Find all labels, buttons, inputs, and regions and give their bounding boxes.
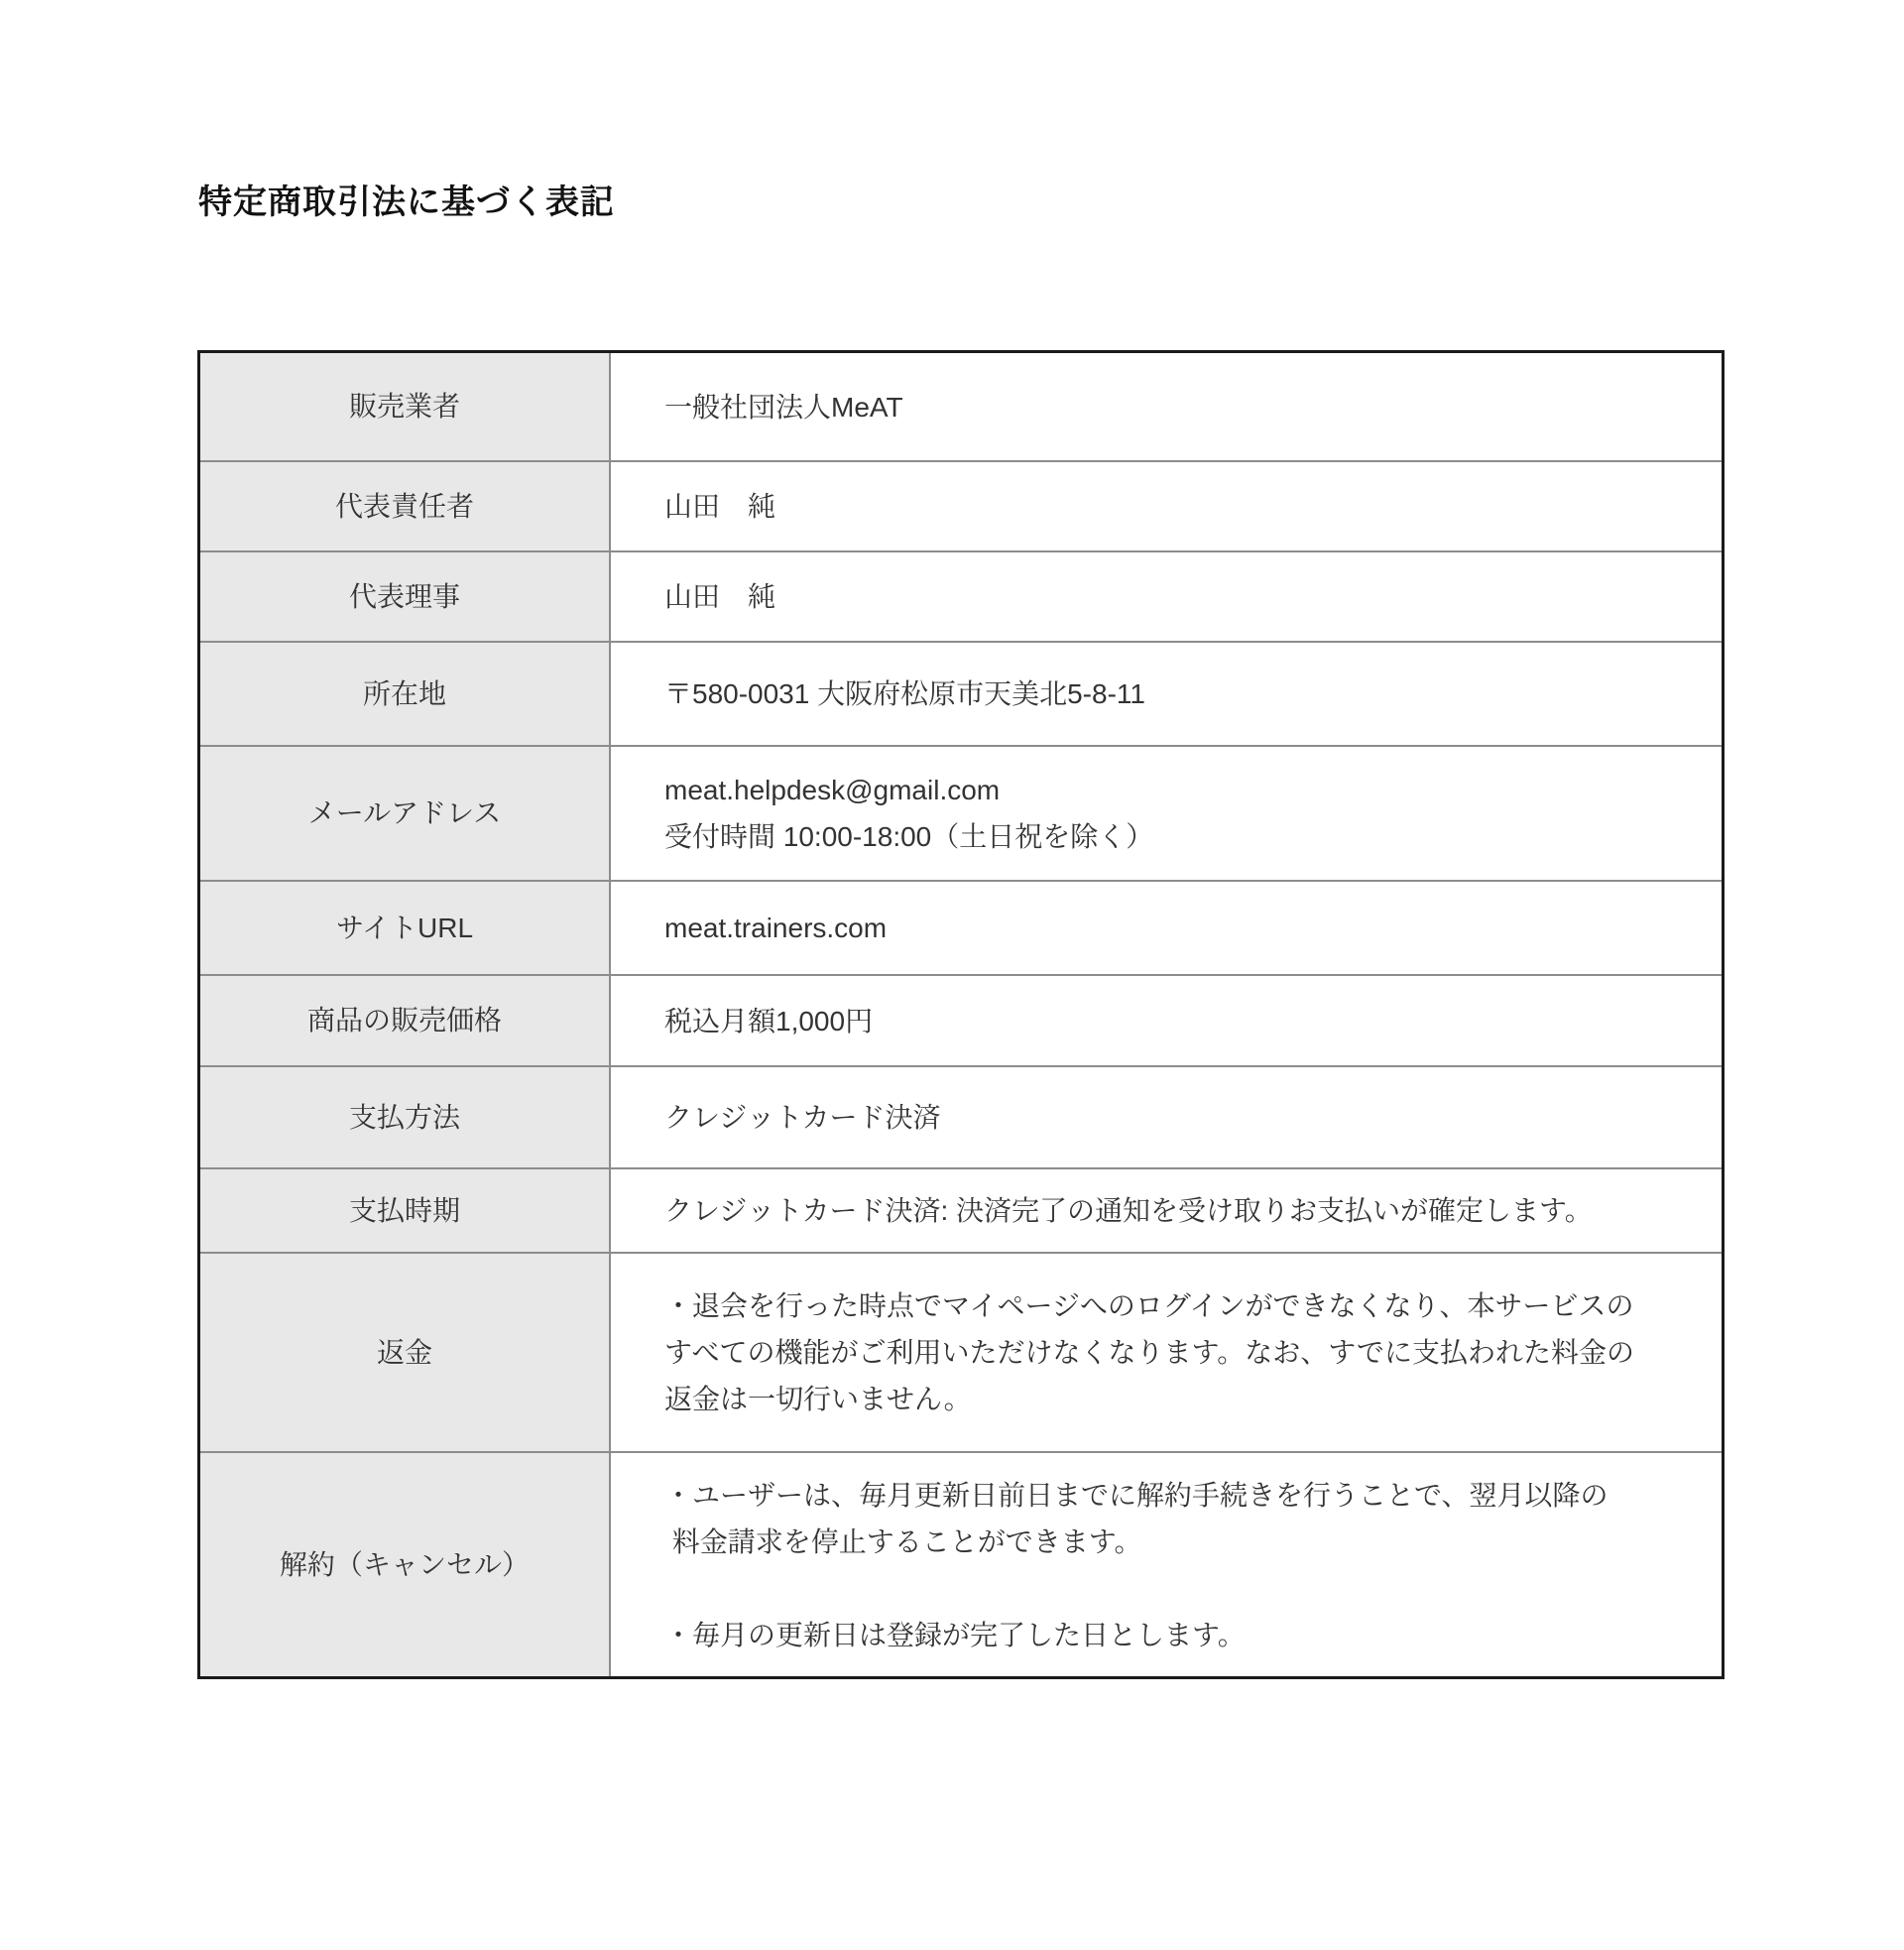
table-row-cancellation: 解約（キャンセル） ・ユーザーは、毎月更新日前日までに解約手続きを行うことで、翌… bbox=[200, 1451, 1722, 1676]
row-label: 商品の販売価格 bbox=[307, 1001, 502, 1040]
row-label-cell: メールアドレス bbox=[200, 747, 611, 880]
value-line: ・ユーザーは、毎月更新日前日までに解約手続きを行うことで、翌月以降の bbox=[664, 1472, 1682, 1519]
table-row-seller: 販売業者 一般社団法人MeAT bbox=[200, 353, 1722, 460]
sctl-disclosure-table: 販売業者 一般社団法人MeAT 代表責任者 山田 純 代表理事 山田 純 所在地… bbox=[197, 350, 1725, 1679]
value-line: 山田 純 bbox=[664, 573, 1682, 620]
table-row-payment-method: 支払方法 クレジットカード決済 bbox=[200, 1065, 1722, 1167]
table-row-site-url: サイトURL meat.trainers.com bbox=[200, 880, 1722, 974]
value-line: 返金は一切行いません。 bbox=[664, 1376, 1682, 1422]
row-value-cell: 税込月額1,000円 bbox=[611, 976, 1722, 1065]
row-label: 所在地 bbox=[363, 674, 446, 714]
value-line: 料金請求を停止することができます。 bbox=[664, 1519, 1682, 1565]
row-value-cell: ・ユーザーは、毎月更新日前日までに解約手続きを行うことで、翌月以降の 料金請求を… bbox=[611, 1453, 1722, 1676]
row-label-cell: 返金 bbox=[200, 1254, 611, 1451]
row-label-cell: サイトURL bbox=[200, 882, 611, 974]
row-label-cell: 代表責任者 bbox=[200, 462, 611, 550]
row-value-cell: クレジットカード決済 bbox=[611, 1067, 1722, 1167]
row-value-cell: 山田 純 bbox=[611, 462, 1722, 550]
row-value-cell: meat.helpdesk@gmail.com 受付時間 10:00-18:00… bbox=[611, 747, 1722, 880]
table-row-refund: 返金 ・退会を行った時点でマイページへのログインができなくなり、本サービスの す… bbox=[200, 1252, 1722, 1451]
reception-hours-text: 受付時間 10:00-18:00（土日祝を除く） bbox=[664, 813, 1682, 860]
value-line: すべての機能がご利用いただけなくなります。なお、すでに支払われた料金の bbox=[664, 1329, 1682, 1376]
value-line: 〒580-0031 大阪府松原市天美北5-8-11 bbox=[664, 670, 1682, 717]
value-line: ・退会を行った時点でマイページへのログインができなくなり、本サービスの bbox=[664, 1282, 1682, 1329]
blank-line-spacer bbox=[664, 1565, 1682, 1612]
value-line: 一般社団法人MeAT bbox=[664, 384, 1682, 430]
row-value-cell: 〒580-0031 大阪府松原市天美北5-8-11 bbox=[611, 643, 1722, 745]
value-line: ・毎月の更新日は登録が完了した日とします。 bbox=[664, 1612, 1682, 1658]
page-title: 特定商取引法に基づく表記 bbox=[198, 181, 615, 224]
table-row-email: メールアドレス meat.helpdesk@gmail.com 受付時間 10:… bbox=[200, 745, 1722, 880]
table-row-payment-timing: 支払時期 クレジットカード決済: 決済完了の通知を受け取りお支払いが確定します。 bbox=[200, 1167, 1722, 1252]
row-label: 代表理事 bbox=[349, 577, 460, 617]
row-label: メールアドレス bbox=[308, 793, 502, 833]
row-label: 解約（キャンセル） bbox=[280, 1545, 530, 1585]
value-line: 山田 純 bbox=[664, 483, 1682, 530]
value-line: 税込月額1,000円 bbox=[664, 998, 1682, 1044]
value-line: クレジットカード決済: 決済完了の通知を受け取りお支払いが確定します。 bbox=[664, 1187, 1682, 1234]
row-label-cell: 所在地 bbox=[200, 643, 611, 745]
row-label-cell: 販売業者 bbox=[200, 353, 611, 460]
row-value-cell: クレジットカード決済: 決済完了の通知を受け取りお支払いが確定します。 bbox=[611, 1169, 1722, 1252]
row-label-cell: 代表理事 bbox=[200, 552, 611, 641]
row-label: 支払時期 bbox=[349, 1191, 460, 1231]
row-value-cell: meat.trainers.com bbox=[611, 882, 1722, 974]
row-label-cell: 支払時期 bbox=[200, 1169, 611, 1252]
row-label-cell: 商品の販売価格 bbox=[200, 976, 611, 1065]
row-label: 支払方法 bbox=[349, 1098, 460, 1138]
row-label: 代表責任者 bbox=[335, 487, 474, 527]
site-url-text: meat.trainers.com bbox=[664, 905, 1682, 951]
table-row-representative: 代表責任者 山田 純 bbox=[200, 460, 1722, 550]
row-value-cell: ・退会を行った時点でマイページへのログインができなくなり、本サービスの すべての… bbox=[611, 1254, 1722, 1451]
row-value-cell: 一般社団法人MeAT bbox=[611, 353, 1722, 460]
row-label: 販売業者 bbox=[349, 387, 460, 427]
table-row-address: 所在地 〒580-0031 大阪府松原市天美北5-8-11 bbox=[200, 641, 1722, 745]
email-address-text: meat.helpdesk@gmail.com bbox=[664, 767, 1682, 813]
value-line: クレジットカード決済 bbox=[664, 1094, 1682, 1141]
row-label: 返金 bbox=[377, 1333, 432, 1373]
table-row-price: 商品の販売価格 税込月額1,000円 bbox=[200, 974, 1722, 1065]
row-label-cell: 解約（キャンセル） bbox=[200, 1453, 611, 1676]
row-label: サイトURL bbox=[336, 909, 473, 948]
row-value-cell: 山田 純 bbox=[611, 552, 1722, 641]
row-label-cell: 支払方法 bbox=[200, 1067, 611, 1167]
table-row-director: 代表理事 山田 純 bbox=[200, 550, 1722, 641]
